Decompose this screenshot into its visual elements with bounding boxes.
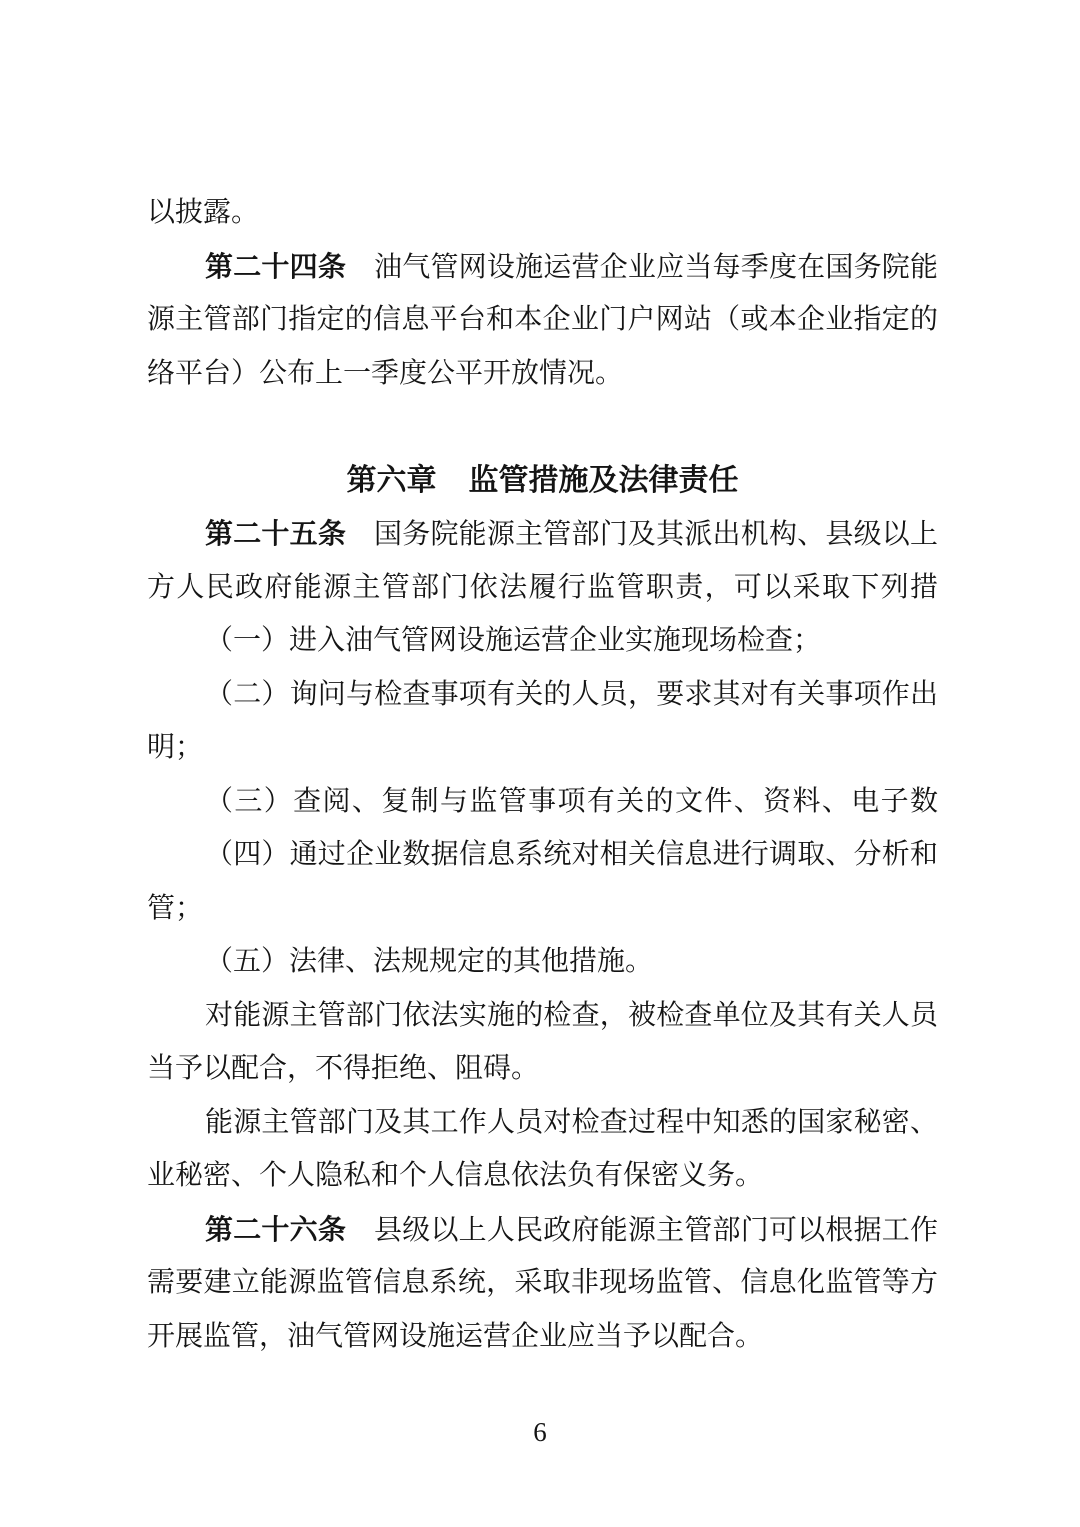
article-25-item-4-line-2: 管； (147, 882, 938, 936)
line-text: 油气管网设施运营企业应当每季度在国务院能 (374, 252, 938, 283)
document-body: 以披露。 第二十四条油气管网设施运营企业应当每季度在国务院能 源主管部门指定的信… (147, 186, 938, 1363)
article-25-para-2-line-1: 对能源主管部门依法实施的检查，被检查单位及其有关人员应 (147, 989, 938, 1043)
line-text: 县级以上人民政府能源主管部门可以根据工作 (374, 1215, 938, 1246)
article-25-para-2-line-2: 当予以配合，不得拒绝、阻碍。 (147, 1042, 938, 1096)
paragraph-spacer (147, 400, 938, 454)
article-25-para-3-line-2: 业秘密、个人隐私和个人信息依法负有保密义务。 (147, 1149, 938, 1203)
paragraph-continuation-line: 以披露。 (147, 186, 938, 240)
article-26-line-3: 开展监管，油气管网设施运营企业应当予以配合。 (147, 1310, 938, 1364)
page-number: 6 (0, 1410, 1080, 1454)
article-25-item-2-line-2: 明； (147, 721, 938, 775)
article-24-line-1: 第二十四条油气管网设施运营企业应当每季度在国务院能 (147, 240, 938, 294)
article-25-item-4-line-1: （四）通过企业数据信息系统对相关信息进行调取、分析和监 (147, 828, 938, 882)
article-26-line-1: 第二十六条县级以上人民政府能源主管部门可以根据工作 (147, 1203, 938, 1257)
chapter-title: 监管措施及法律责任 (469, 464, 739, 497)
article-24-number: 第二十四条 (205, 251, 346, 282)
line-text: 能源主管部门及其工作人员对检查过程中知悉的国家秘密、商 (205, 1107, 938, 1150)
document-page: 以披露。 第二十四条油气管网设施运营企业应当每季度在国务院能 源主管部门指定的信… (0, 0, 1080, 1527)
article-26-line-2: 需要建立能源监管信息系统，采取非现场监管、信息化监管等方式 (147, 1256, 938, 1310)
line-text: 开展监管，油气管网设施运营企业应当予以配合。 (147, 1321, 763, 1352)
line-text: 源主管部门指定的信息平台和本企业门户网站（或本企业指定的网 (147, 304, 938, 347)
line-text: （四）通过企业数据信息系统对相关信息进行调取、分析和监 (205, 839, 938, 882)
article-25-item-2-line-1: （二）询问与检查事项有关的人员，要求其对有关事项作出说 (147, 668, 938, 722)
article-25-line-1: 第二十五条国务院能源主管部门及其派出机构、县级以上地 (147, 507, 938, 561)
line-text: （五）法律、法规规定的其他措施。 (205, 946, 653, 977)
article-25-number: 第二十五条 (205, 518, 346, 549)
line-text: 明； (147, 732, 203, 763)
line-text: 当予以配合，不得拒绝、阻碍。 (147, 1053, 539, 1084)
article-25-item-5: （五）法律、法规规定的其他措施。 (147, 935, 938, 989)
article-25-para-3-line-1: 能源主管部门及其工作人员对检查过程中知悉的国家秘密、商 (147, 1096, 938, 1150)
line-text: （二）询问与检查事项有关的人员，要求其对有关事项作出说 (205, 679, 938, 722)
line-text: 络平台）公布上一季度公平开放情况。 (147, 358, 623, 389)
line-text: 对能源主管部门依法实施的检查，被检查单位及其有关人员应 (205, 1000, 938, 1043)
line-text: 管； (147, 893, 203, 924)
article-25-item-1: （一）进入油气管网设施运营企业实施现场检查； (147, 614, 938, 668)
article-24-line-2: 源主管部门指定的信息平台和本企业门户网站（或本企业指定的网 (147, 293, 938, 347)
article-25-item-3: （三）查阅、复制与监管事项有关的文件、资料、电子数据； (147, 775, 938, 829)
line-text: （一）进入油气管网设施运营企业实施现场检查； (205, 625, 821, 656)
line-text: 以披露。 (147, 197, 259, 228)
article-24-line-3: 络平台）公布上一季度公平开放情况。 (147, 347, 938, 401)
line-text: 业秘密、个人隐私和个人信息依法负有保密义务。 (147, 1160, 763, 1191)
chapter-number: 第六章 (347, 464, 437, 497)
line-text: （三）查阅、复制与监管事项有关的文件、资料、电子数据； (205, 786, 938, 829)
line-text: 方人民政府能源主管部门依法履行监管职责，可以采取下列措施： (147, 572, 938, 615)
chapter-6-heading: 第六章监管措施及法律责任 (147, 454, 938, 508)
article-25-line-2: 方人民政府能源主管部门依法履行监管职责，可以采取下列措施： (147, 561, 938, 615)
line-text: 需要建立能源监管信息系统，采取非现场监管、信息化监管等方式 (147, 1267, 938, 1310)
article-26-number: 第二十六条 (205, 1214, 346, 1245)
